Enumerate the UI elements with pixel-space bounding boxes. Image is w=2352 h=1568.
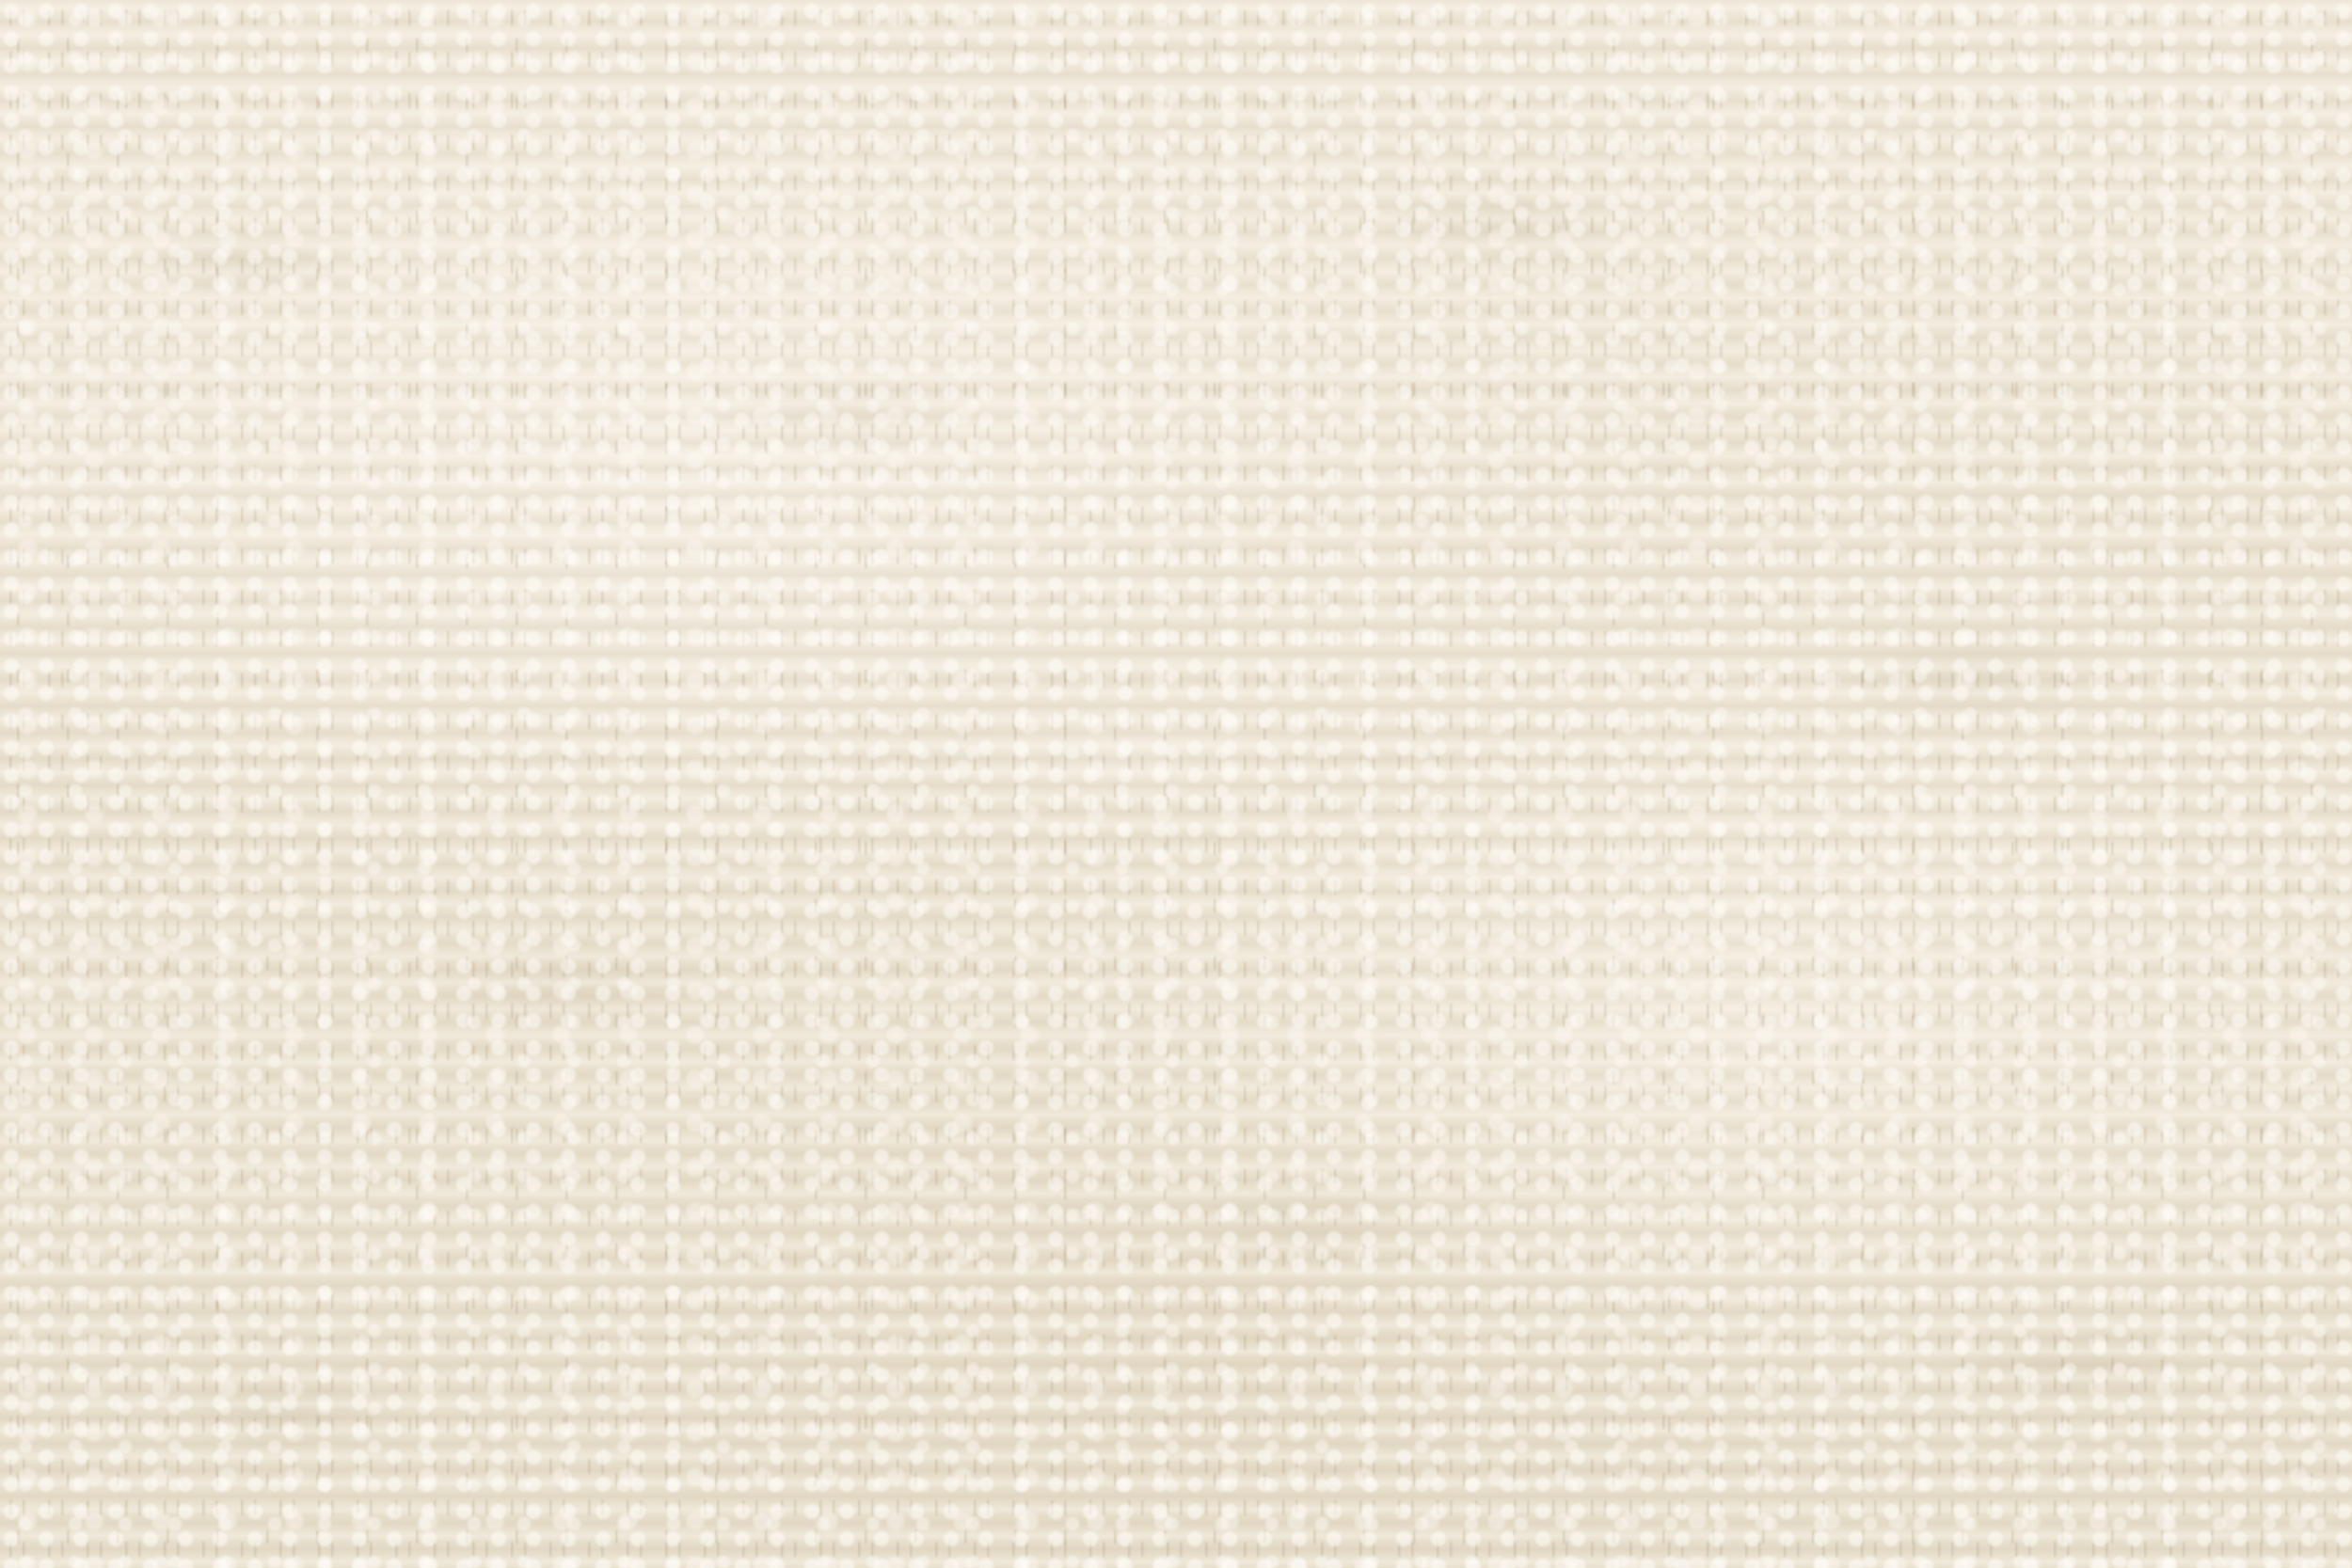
texture-fluff-highlights (0, 0, 2352, 1568)
fabric-texture: Close-up of cream chenille / bouclé upho… (0, 0, 2352, 1568)
